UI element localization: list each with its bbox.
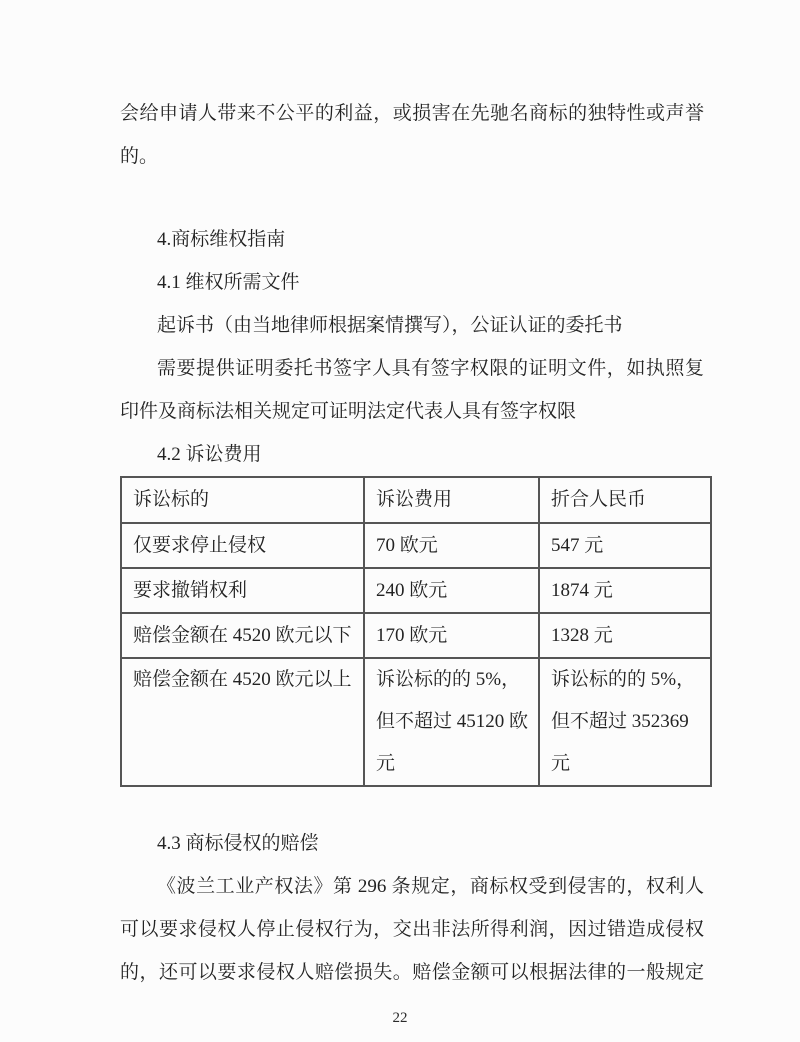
document-body: 会给申请人带来不公平的利益，或损害在先驰名商标的独特性或声誉 的。 4.商标维权… bbox=[120, 0, 704, 994]
table-cell: 诉讼标的的 5%， 但不超过 45120 欧 元 bbox=[364, 658, 539, 786]
table-cell-line: 元 bbox=[551, 743, 701, 785]
table-header-cell: 折合人民币 bbox=[539, 477, 711, 523]
section-heading-4: 4.商标维权指南 bbox=[120, 218, 704, 261]
table-header-cell: 诉讼费用 bbox=[364, 477, 539, 523]
paragraph-line: 可以要求侵权人停止侵权行为，交出非法所得利润，因过错造成侵权 bbox=[120, 908, 704, 951]
table-header-row: 诉讼标的 诉讼费用 折合人民币 bbox=[121, 477, 711, 523]
section-heading-4-1: 4.1 维权所需文件 bbox=[120, 261, 704, 304]
paragraph-line: 起诉书（由当地律师根据案情撰写），公证认证的委托书 bbox=[120, 304, 704, 347]
table-cell-line: 元 bbox=[376, 743, 529, 785]
litigation-fee-table: 诉讼标的 诉讼费用 折合人民币 仅要求停止侵权 70 欧元 547 元 要求撤销… bbox=[120, 476, 712, 787]
section-heading-4-2: 4.2 诉讼费用 bbox=[120, 433, 704, 476]
page-number: 22 bbox=[0, 1008, 800, 1028]
table-cell: 1874 元 bbox=[539, 568, 711, 613]
table-row: 要求撤销权利 240 欧元 1874 元 bbox=[121, 568, 711, 613]
table-cell-line: 但不超过 45120 欧 bbox=[376, 701, 529, 743]
section-heading-4-3: 4.3 商标侵权的赔偿 bbox=[120, 822, 704, 865]
table-cell-line: 但不超过 352369 bbox=[551, 701, 701, 743]
paragraph-line: 《波兰工业产权法》第 296 条规定，商标权受到侵害的，权利人 bbox=[120, 865, 704, 908]
table-cell: 赔偿金额在 4520 欧元以下 bbox=[121, 613, 364, 658]
table-row: 赔偿金额在 4520 欧元以下 170 欧元 1328 元 bbox=[121, 613, 711, 658]
table-cell: 赔偿金额在 4520 欧元以上 bbox=[121, 658, 364, 786]
paragraph-line: 的，还可以要求侵权人赔偿损失。赔偿金额可以根据法律的一般规定 bbox=[120, 951, 704, 994]
table-header-cell: 诉讼标的 bbox=[121, 477, 364, 523]
table-cell: 仅要求停止侵权 bbox=[121, 523, 364, 568]
table-cell: 170 欧元 bbox=[364, 613, 539, 658]
table-cell: 要求撤销权利 bbox=[121, 568, 364, 613]
table-cell-line: 诉讼标的的 5%， bbox=[551, 659, 701, 701]
table-row: 仅要求停止侵权 70 欧元 547 元 bbox=[121, 523, 711, 568]
table-cell: 70 欧元 bbox=[364, 523, 539, 568]
document-page: 会给申请人带来不公平的利益，或损害在先驰名商标的独特性或声誉 的。 4.商标维权… bbox=[0, 0, 800, 1042]
table-cell: 1328 元 bbox=[539, 613, 711, 658]
paragraph-line: 的。 bbox=[120, 135, 704, 178]
paragraph-line: 需要提供证明委托书签字人具有签字权限的证明文件，如执照复 bbox=[120, 347, 704, 390]
table-cell: 诉讼标的的 5%， 但不超过 352369 元 bbox=[539, 658, 711, 786]
table-cell-line: 诉讼标的的 5%， bbox=[376, 659, 529, 701]
table-cell: 547 元 bbox=[539, 523, 711, 568]
table-cell: 240 欧元 bbox=[364, 568, 539, 613]
paragraph-line: 会给申请人带来不公平的利益，或损害在先驰名商标的独特性或声誉 bbox=[120, 92, 704, 135]
paragraph-line: 印件及商标法相关规定可证明法定代表人具有签字权限 bbox=[120, 390, 704, 433]
table-row: 赔偿金额在 4520 欧元以上 诉讼标的的 5%， 但不超过 45120 欧 元… bbox=[121, 658, 711, 786]
